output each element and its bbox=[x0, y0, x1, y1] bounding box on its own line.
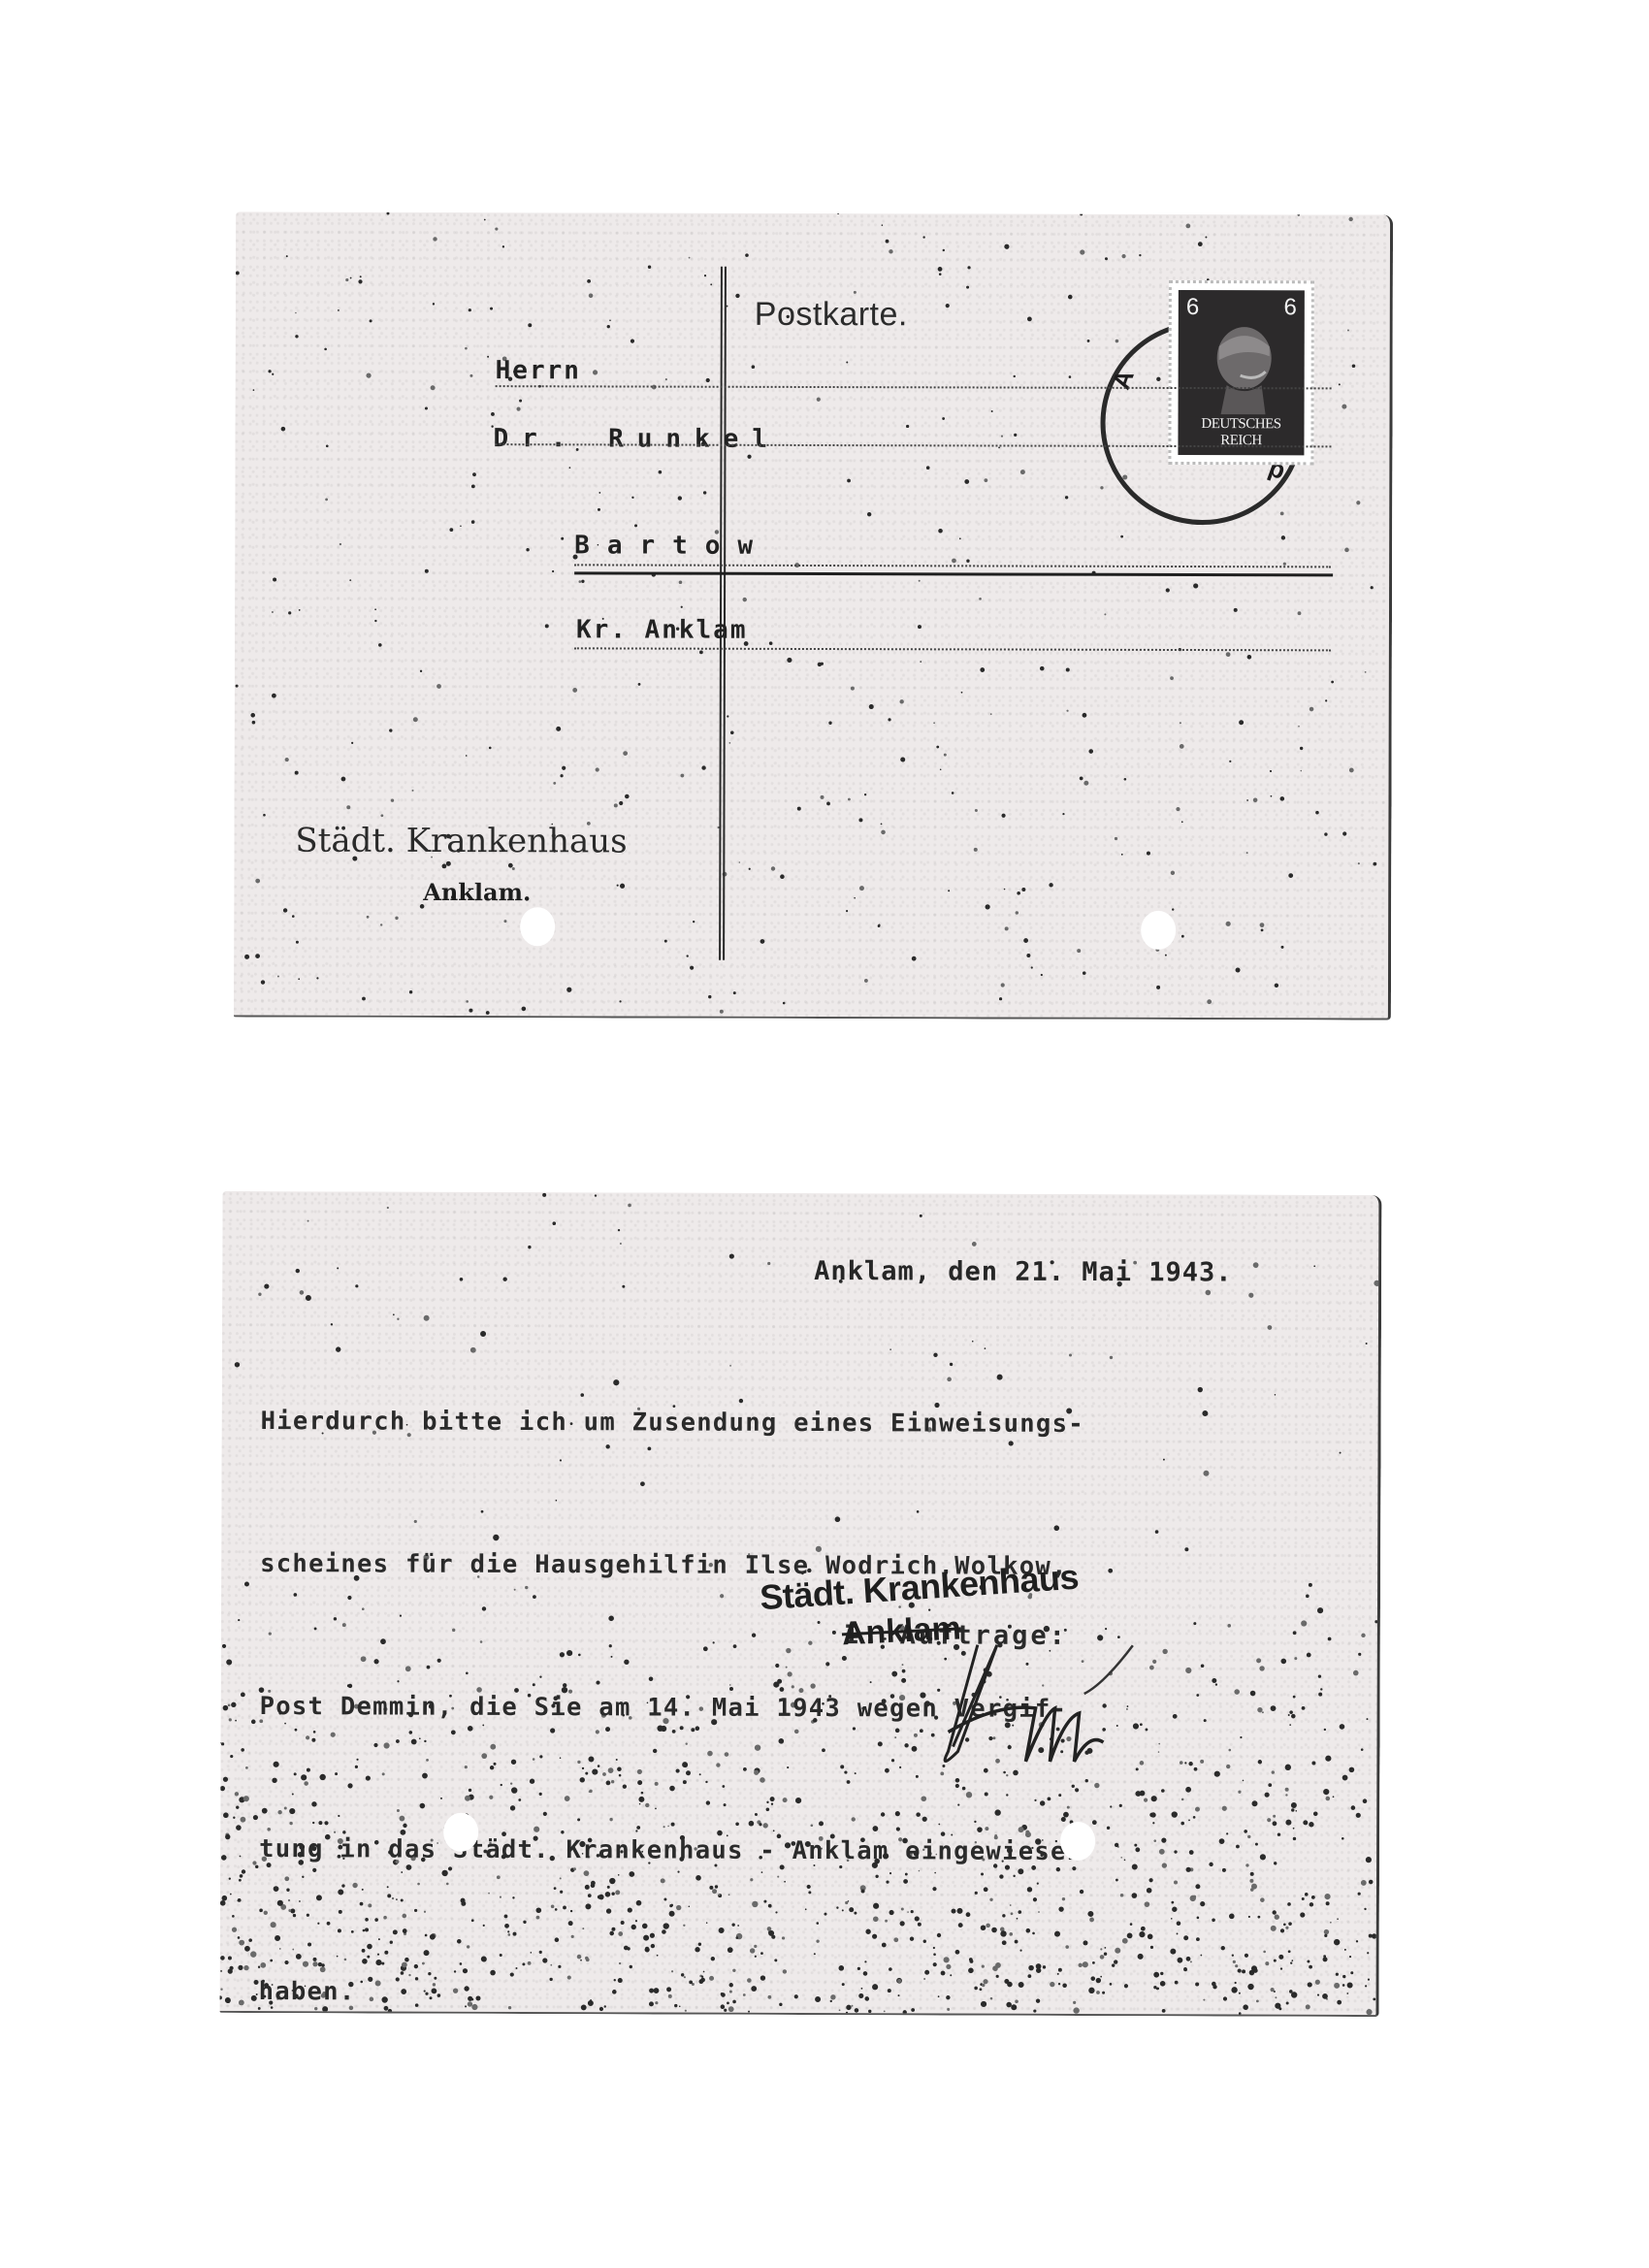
letter-date: Anklam, den 21. Mai 1943. bbox=[814, 1256, 1232, 1288]
letter-line: tung in das Städt. Krankenhaus - Anklam … bbox=[259, 1826, 1345, 1877]
address-underline bbox=[574, 571, 1333, 576]
address-town: Bartow bbox=[574, 531, 770, 561]
address-name: Dr. Runkel bbox=[493, 424, 781, 454]
punch-hole bbox=[1141, 911, 1176, 950]
letter-line: Hierdurch bitte ich um Zusendung eines E… bbox=[261, 1398, 1347, 1449]
letter-body: Hierdurch bitte ich um Zusendung eines E… bbox=[258, 1303, 1347, 2017]
postcard-back: Anklam, den 21. Mai 1943. Hierdurch bitt… bbox=[220, 1191, 1382, 2017]
postcard-front: Postkarte. A d 6 6 DEUTSCHES REICH Herrn… bbox=[234, 211, 1393, 1020]
punch-hole bbox=[520, 907, 555, 946]
sender-name: Städt. Krankenhaus bbox=[295, 822, 627, 861]
stamp-value-left: 6 bbox=[1186, 294, 1199, 321]
postcard-heading: Postkarte. bbox=[755, 296, 908, 334]
address-name-text: Dr. Runkel bbox=[493, 424, 781, 454]
letter-line: Post Demmin, die Sie am 14. Mai 1943 weg… bbox=[260, 1683, 1346, 1734]
address-line-4 bbox=[574, 647, 1331, 651]
stamp-area: A d 6 6 DEUTSCHES REICH bbox=[1088, 273, 1342, 535]
portrait-icon bbox=[1202, 317, 1283, 424]
letter-line: haben. bbox=[259, 1968, 1345, 2017]
address-divider bbox=[719, 267, 727, 960]
postage-stamp: 6 6 DEUTSCHES REICH bbox=[1168, 280, 1313, 465]
address-district: Kr. Anklam bbox=[576, 615, 748, 644]
punch-hole bbox=[1060, 1822, 1095, 1861]
address-salutation: Herrn bbox=[496, 356, 581, 385]
signature-icon bbox=[909, 1625, 1162, 1771]
sender-city: Anklam. bbox=[423, 878, 531, 906]
stamp-value-right: 6 bbox=[1283, 294, 1296, 321]
punch-hole bbox=[443, 1813, 478, 1852]
address-line-3 bbox=[574, 564, 1331, 567]
